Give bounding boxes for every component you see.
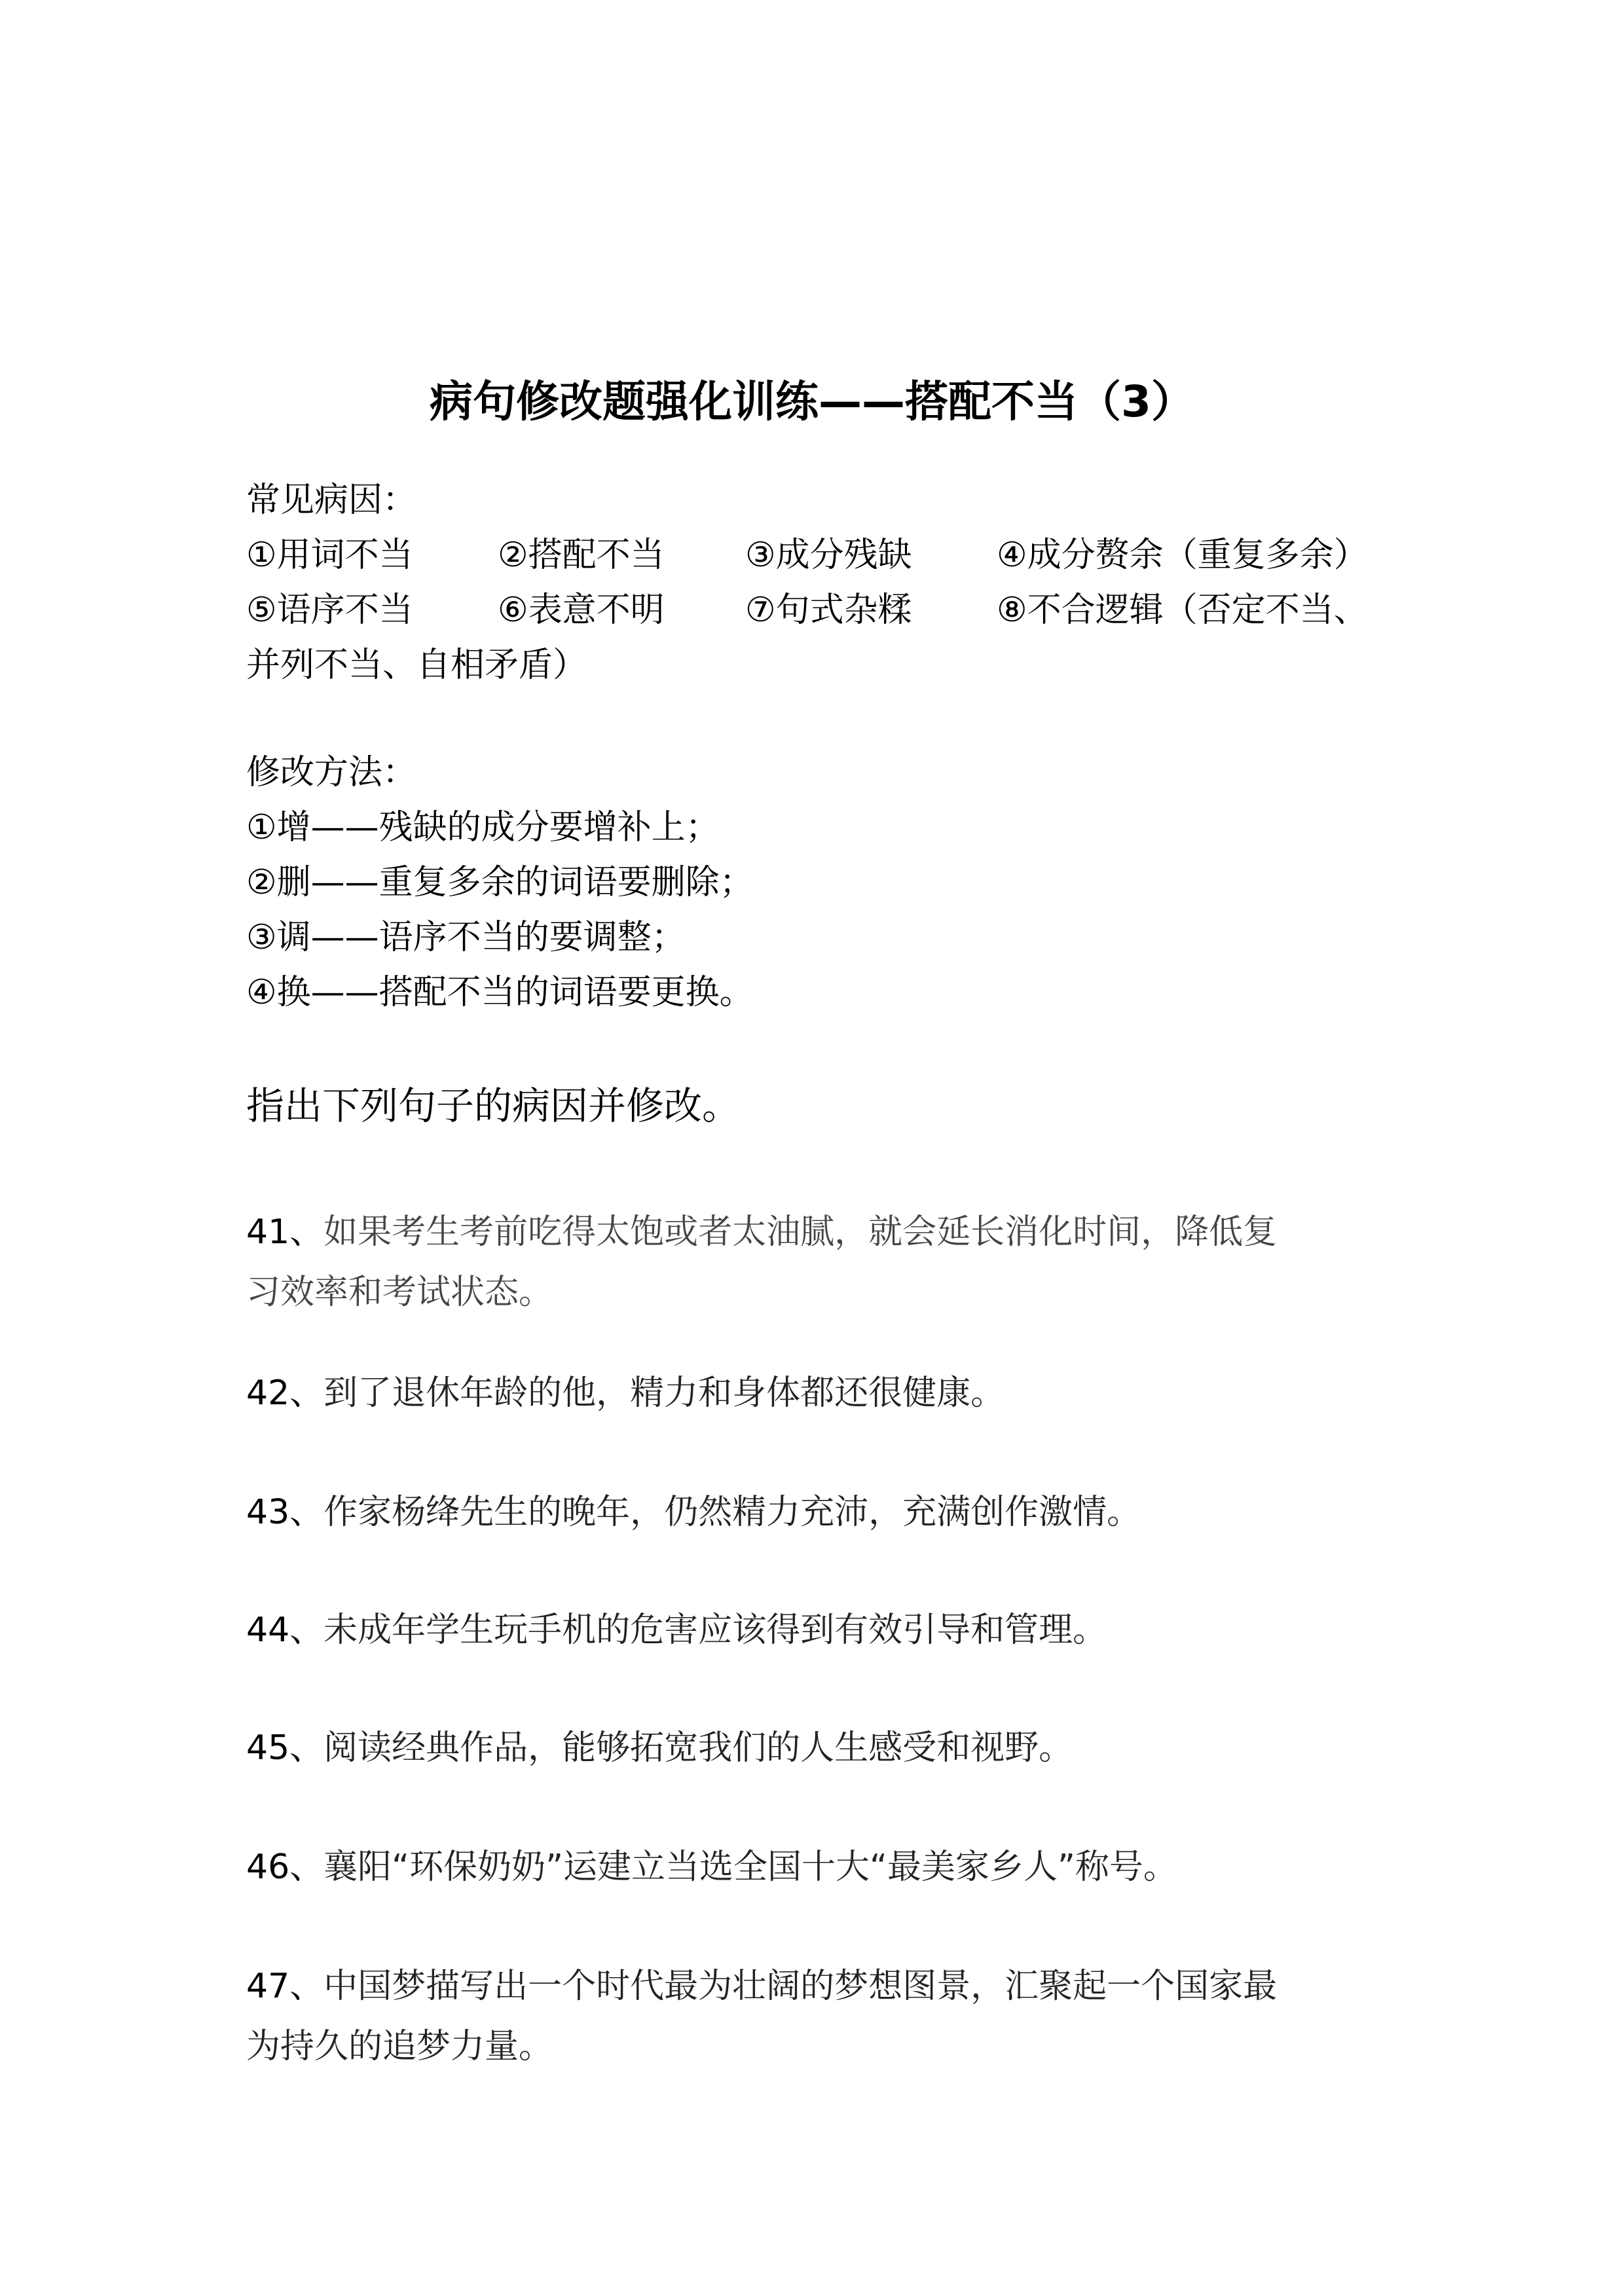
question-number: 44、 (246, 1611, 323, 1650)
question-44: 44、未成年学生玩手机的危害应该得到有效引导和管理。 (246, 1600, 1412, 1660)
question-45: 45、阅读经典作品，能够拓宽我们的人生感受和视野。 (246, 1718, 1412, 1778)
instruction-heading: 指出下列句子的病因并修改。 (246, 1075, 740, 1130)
question-number: 41、 (246, 1212, 323, 1252)
method-item: ①增——残缺的成分要增补上； (246, 800, 1412, 855)
causes-row-2: ⑤语序不当 ⑥表意不明 ⑦句式杂糅 ⑧不合逻辑（否定不当、 (246, 583, 1412, 638)
methods-label: 修改方法： (246, 745, 1412, 800)
question-text: 襄阳“环保奶奶”运建立当选全国十大“最美家乡人”称号。 (323, 1848, 1177, 1887)
question-text: 作家杨绛先生的晚年，仍然精力充沛，充满创作激情。 (323, 1493, 1141, 1532)
question-text-line2: 为持久的追梦力量。 (246, 2016, 1412, 2077)
causes-label: 常见病因： (246, 473, 1412, 528)
question-text: 如果考生考前吃得太饱或者太油腻，就会延长消化时间，降低复 (323, 1212, 1277, 1252)
method-item: ④换——搭配不当的词语要更换。 (246, 965, 1412, 1020)
question-text: 未成年学生玩手机的危害应该得到有效引导和管理。 (323, 1611, 1107, 1650)
question-46: 46、襄阳“环保奶奶”运建立当选全国十大“最美家乡人”称号。 (246, 1837, 1412, 1897)
cause-item: ②搭配不当 (498, 528, 745, 583)
question-number: 47、 (246, 1967, 323, 2006)
method-item: ③调——语序不当的要调整； (246, 910, 1412, 965)
method-item: ②删——重复多余的词语要删除； (246, 855, 1412, 910)
cause-item: ⑤语序不当 (246, 583, 498, 638)
question-43: 43、作家杨绛先生的晚年，仍然精力充沛，充满创作激情。 (246, 1482, 1412, 1542)
question-text: 中国梦描写出一个时代最为壮阔的梦想图景，汇聚起一个国家最 (323, 1967, 1277, 2006)
causes-continuation: 并列不当、自相矛盾） (246, 638, 1412, 693)
question-text: 到了退休年龄的他，精力和身体都还很健康。 (323, 1374, 1005, 1413)
question-number: 46、 (246, 1848, 323, 1887)
cause-item: ⑥表意不明 (498, 583, 745, 638)
cause-item: ⑧不合逻辑（否定不当、 (997, 583, 1368, 638)
question-47: 47、中国梦描写出一个时代最为壮阔的梦想图景，汇聚起一个国家最 为持久的追梦力量… (246, 1956, 1412, 2077)
cause-item: ④成分赘余（重复多余） (997, 528, 1368, 583)
question-number: 43、 (246, 1493, 323, 1532)
cause-item: ①用词不当 (246, 528, 498, 583)
causes-row-1: ①用词不当 ②搭配不当 ③成分残缺 ④成分赘余（重复多余） (246, 528, 1412, 583)
question-41: 41、如果考生考前吃得太饱或者太油腻，就会延长消化时间，降低复 习效率和考试状态… (246, 1202, 1412, 1322)
question-number: 45、 (246, 1728, 323, 1768)
question-42: 42、到了退休年龄的他，精力和身体都还很健康。 (246, 1363, 1412, 1423)
question-text-line2: 习效率和考试状态。 (246, 1262, 1412, 1322)
question-text: 阅读经典作品，能够拓宽我们的人生感受和视野。 (323, 1728, 1073, 1768)
common-causes-section: 常见病因： ①用词不当 ②搭配不当 ③成分残缺 ④成分赘余（重复多余） ⑤语序不… (246, 473, 1412, 693)
question-number: 42、 (246, 1374, 323, 1413)
page-title: 病句修改题强化训练——搭配不当（3） (0, 367, 1624, 429)
cause-item: ⑦句式杂糅 (745, 583, 997, 638)
methods-section: 修改方法： ①增——残缺的成分要增补上； ②删——重复多余的词语要删除； ③调—… (246, 745, 1412, 1020)
cause-item: ③成分残缺 (745, 528, 997, 583)
